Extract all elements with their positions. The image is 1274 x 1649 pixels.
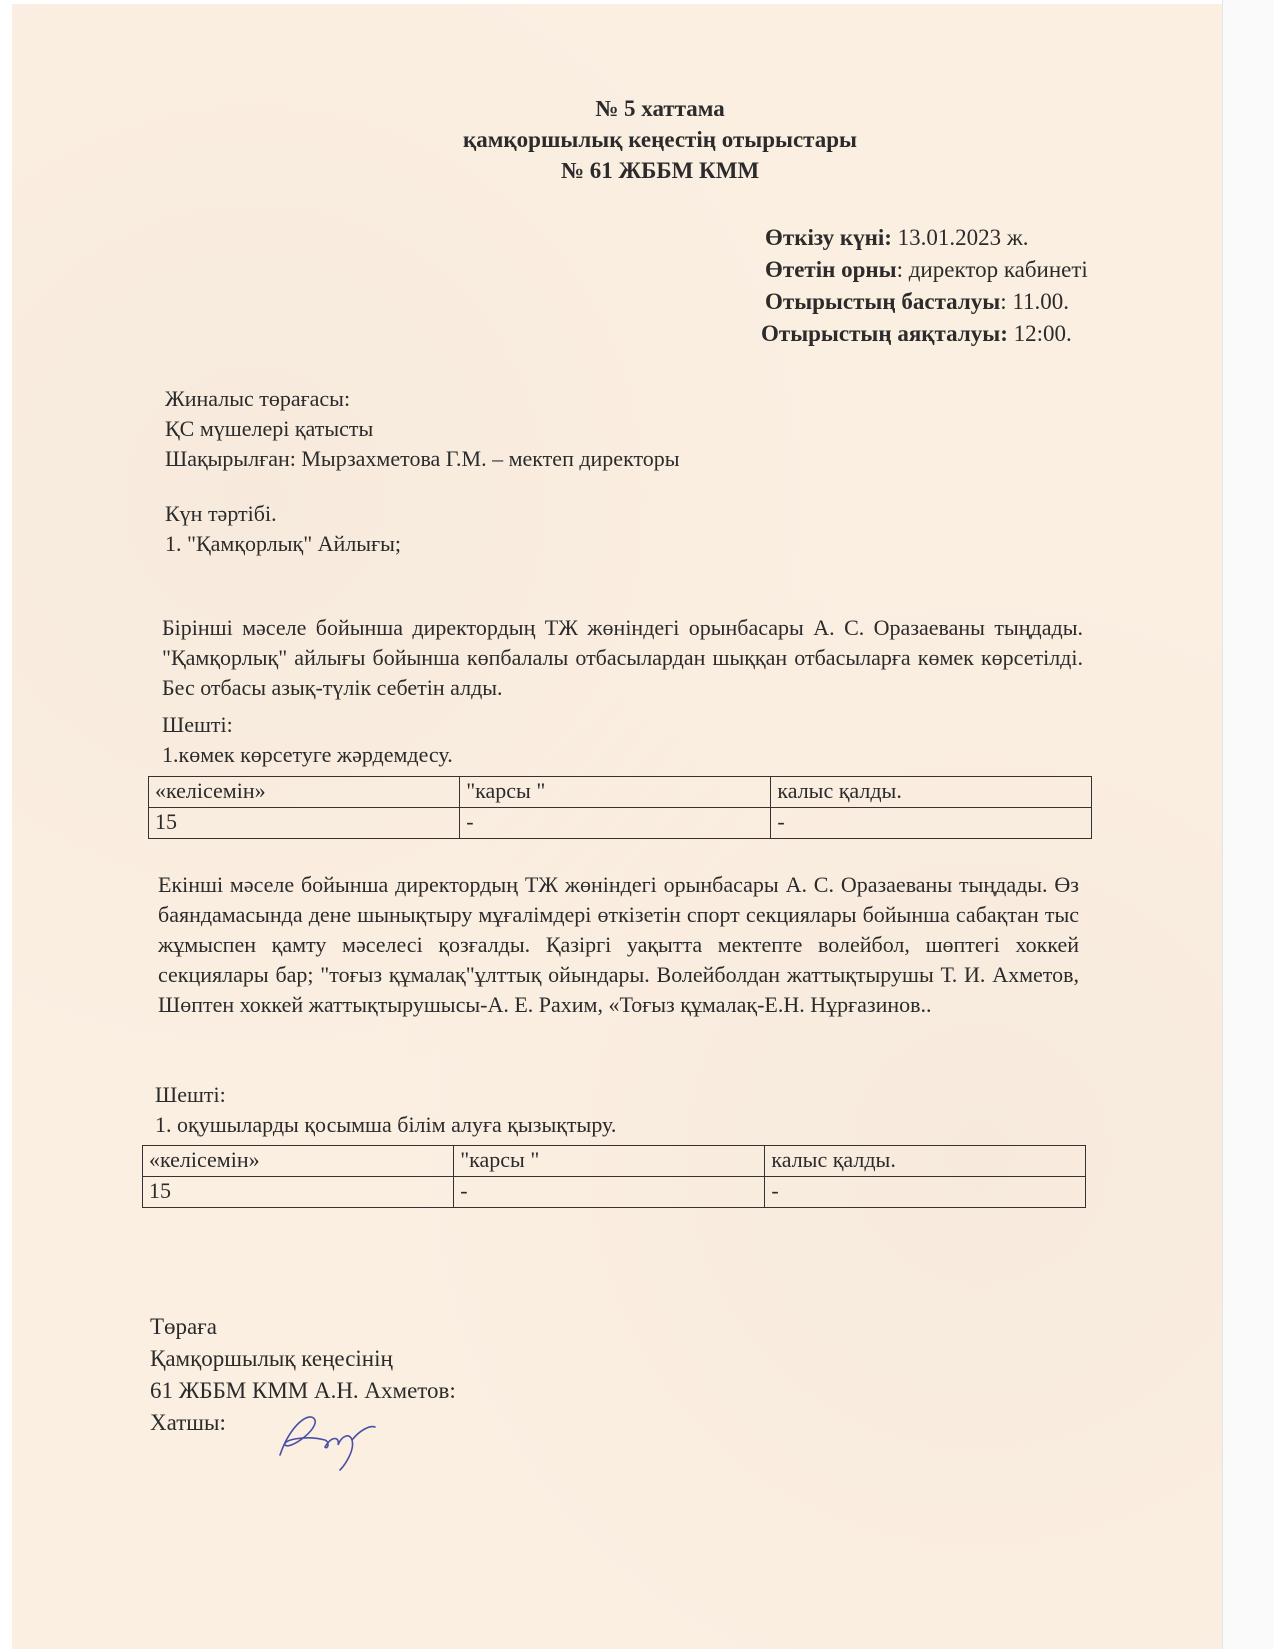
- decision-label: Шешті:: [162, 710, 453, 740]
- table-row: 15 - -: [143, 1177, 1086, 1208]
- meeting-date: Өткізу күні: 13.01.2023 ж.: [765, 222, 1088, 254]
- agenda-item: 1. "Қамқорлық" Айлығы;: [165, 529, 401, 559]
- meeting-meta: Өткізу күні: 13.01.2023 ж. Өтетін орны: …: [765, 222, 1088, 350]
- school-name: № 61 ЖББМ КММ: [0, 155, 1274, 186]
- issue1-text: Бірінші мәселе бойынша директордың ТЖ жө…: [162, 613, 1083, 703]
- chair-title: Төраға: [150, 1311, 456, 1343]
- meeting-end: Отырыстың аяқталуы: 12:00.: [761, 318, 1088, 350]
- issue2-decision: Шешті: 1. оқушыларды қосымша білім алуға…: [155, 1080, 616, 1140]
- protocol-number: № 5 хаттама: [0, 93, 1274, 124]
- table-row: «келісемін» "карсы " калыс қалды.: [143, 1146, 1086, 1177]
- chair-name: 61 ЖББМ КММ А.Н. Ахметов:: [150, 1375, 456, 1407]
- table-row: 15 - -: [149, 808, 1092, 839]
- signature-icon: [270, 1405, 390, 1475]
- council-label: Қамқоршылық кеңесінің: [150, 1343, 456, 1375]
- agenda: Күн тәртібі. 1. "Қамқорлық" Айлығы;: [165, 499, 401, 559]
- decision-text: 1. оқушыларды қосымша білім алуға қызықт…: [155, 1110, 616, 1140]
- issue2-text: Екінші мәселе бойынша директордың ТЖ жөн…: [158, 870, 1079, 1020]
- decision-label: Шешті:: [155, 1080, 616, 1110]
- members-present: ҚС мүшелері қатысты: [165, 414, 680, 444]
- invited-person: Шақырылған: Мырзахметова Г.М. – мектеп д…: [165, 444, 680, 474]
- issue1-decision: Шешті: 1.көмек көрсетуге жәрдемдесу.: [162, 710, 453, 770]
- vote-table-2: «келісемін» "карсы " калыс қалды. 15 - -: [142, 1145, 1086, 1208]
- chair-label: Жиналыс төрағасы:: [165, 384, 680, 414]
- council-name: қамқоршылық кеңестің отырыстары: [0, 124, 1274, 155]
- document-title: № 5 хаттама қамқоршылық кеңестің отырыст…: [0, 93, 1274, 186]
- decision-text: 1.көмек көрсетуге жәрдемдесу.: [162, 740, 453, 770]
- scan-margin: [1222, 0, 1274, 1649]
- table-row: «келісемін» "карсы " калыс қалды.: [149, 777, 1092, 808]
- meeting-start: Отырыстың басталуы: 11.00.: [765, 286, 1088, 318]
- attendance: Жиналыс төрағасы: ҚС мүшелері қатысты Ша…: [165, 384, 680, 474]
- agenda-title: Күн тәртібі.: [165, 499, 401, 529]
- meeting-place: Өтетін орны: директор кабинеті: [765, 254, 1088, 286]
- vote-table-1: «келісемін» "карсы " калыс қалды. 15 - -: [148, 776, 1092, 839]
